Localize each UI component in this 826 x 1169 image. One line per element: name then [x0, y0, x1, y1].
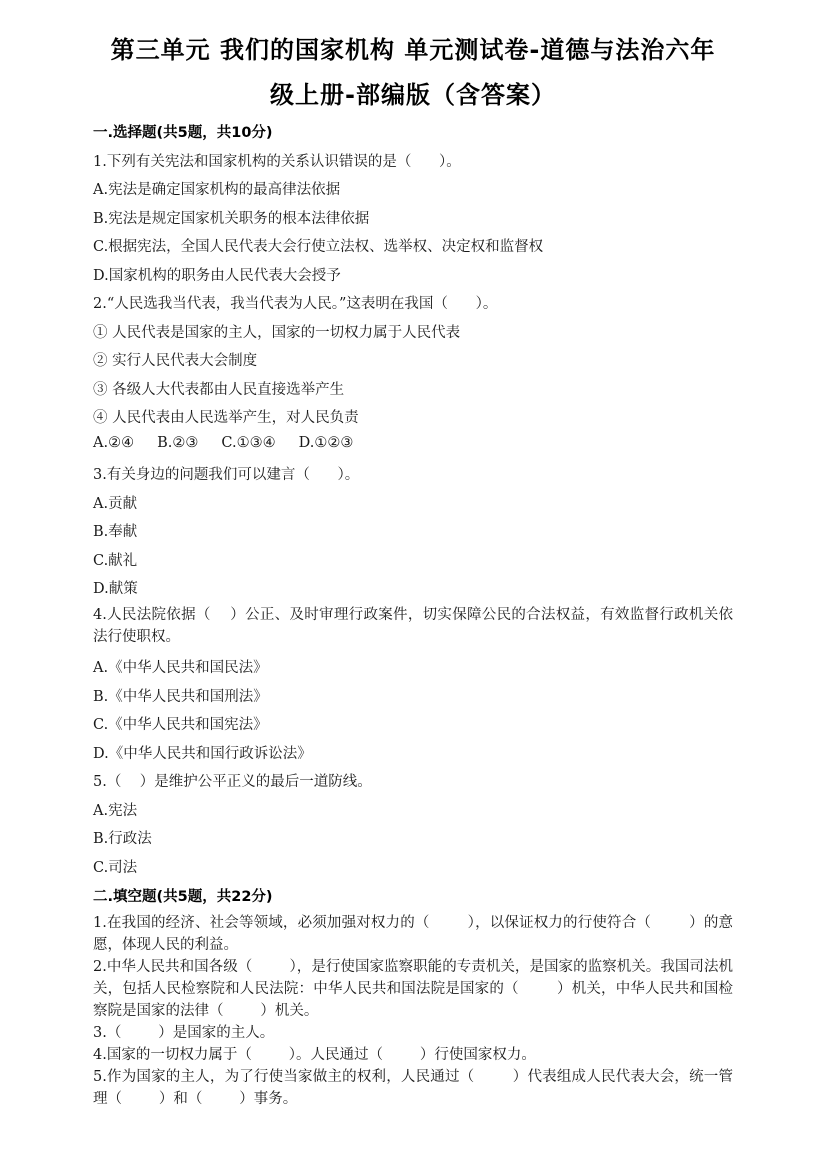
question-1-option-b: B.宪法是规定国家机关职务的根本法律依据: [93, 207, 369, 228]
question-4-option-c: C.《中华人民共和国宪法》: [93, 713, 268, 734]
question-2-options: A.②④ B.②③ C.①③④ D.①②③: [93, 435, 353, 451]
question-2-statement-1: ① 人民代表是国家的主人，国家的一切权力属于人民代表: [93, 321, 460, 342]
question-3-stem: 3.有关身边的问题我们可以建言（ ）。: [93, 463, 359, 484]
question-2-statement-2: ② 实行人民代表大会制度: [93, 349, 257, 370]
question-5-option-a: A.宪法: [93, 799, 137, 820]
section-heading-choice: 一.选择题(共5题，共10分): [93, 121, 273, 142]
question-4-stem: 4.人民法院依据（ ）公正、及时审理行政案件，切实保障公民的合法权益，有效监督行…: [93, 604, 733, 648]
question-2-statement-4: ④ 人民代表由人民选举产生，对人民负责: [93, 406, 359, 427]
question-1-option-a: A.宪法是确定国家机构的最高律法依据: [93, 178, 340, 199]
question-3-option-b: B.奉献: [93, 520, 137, 541]
fill-question-2: 2.中华人民共和国各级（ ），是行使国家监察职能的专责机关，是国家的监察机关。我…: [93, 956, 733, 1022]
question-4-option-b: B.《中华人民共和国刑法》: [93, 685, 268, 706]
question-4-option-a: A.《中华人民共和国民法》: [93, 656, 268, 677]
question-1-option-d: D.国家机构的职务由人民代表大会授予: [93, 264, 341, 285]
document-title-line-1: 第三单元 我们的国家机构 单元测试卷-道德与法治六年: [0, 30, 826, 65]
question-5-option-b: B.行政法: [93, 827, 152, 848]
question-3-option-c: C.献礼: [93, 549, 137, 570]
question-1-stem: 1.下列有关宪法和国家机构的关系认识错误的是（ ）。: [93, 150, 461, 171]
section-heading-fill-in: 二.填空题(共5题，共22分): [93, 885, 273, 906]
question-2-stem: 2.“人民选我当代表，我当代表为人民。”这表明在我国（ ）。: [93, 292, 497, 313]
question-4-option-d: D.《中华人民共和国行政诉讼法》: [93, 742, 312, 763]
fill-question-3: 3.（ ）是国家的主人。: [93, 1022, 733, 1044]
document-title-line-2: 级上册-部编版（含答案）: [0, 75, 826, 110]
question-3-option-a: A.贡献: [93, 492, 137, 513]
question-5-option-c: C.司法: [93, 856, 137, 877]
question-5-stem: 5.（ ）是维护公平正义的最后一道防线。: [93, 770, 372, 791]
question-2-statement-3: ③ 各级人大代表都由人民直接选举产生: [93, 378, 344, 399]
question-3-option-d: D.献策: [93, 577, 138, 598]
fill-question-5: 5.作为国家的主人，为了行使当家做主的权利，人民通过（ ）代表组成人民代表大会，…: [93, 1066, 733, 1110]
fill-question-1: 1.在我国的经济、社会等领域，必须加强对权力的（ ），以保证权力的行使符合（ ）…: [93, 912, 733, 956]
question-1-option-c: C.根据宪法，全国人民代表大会行使立法权、选举权、决定权和监督权: [93, 235, 543, 256]
fill-question-4: 4.国家的一切权力属于（ ）。人民通过（ ）行使国家权力。: [93, 1044, 733, 1066]
